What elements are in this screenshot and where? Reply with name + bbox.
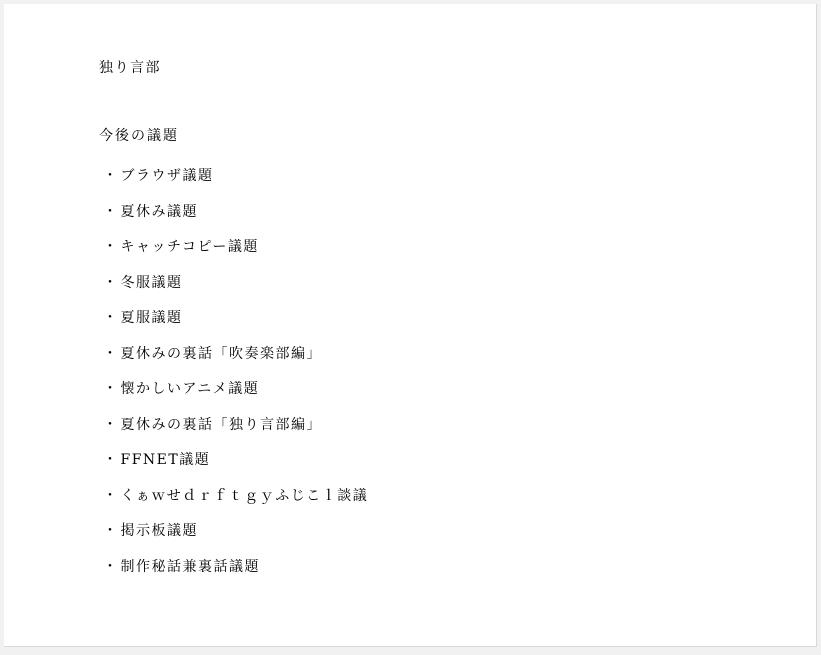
list-item: ・ブラウザ議題 [99, 169, 368, 183]
bullet-icon: ・ [103, 311, 119, 325]
list-item-label: 夏休みの裏話「独り言部編」 [121, 417, 323, 433]
bullet-icon: ・ [103, 382, 119, 396]
bullet-icon: ・ [103, 453, 119, 467]
bullet-icon: ・ [103, 169, 119, 183]
list-item-label: 懐かしいアニメ議題 [121, 381, 260, 397]
list-item: ・制作秘話兼裏話議題 [99, 560, 368, 574]
page-title: 独り言部 [99, 61, 368, 75]
list-item-label: ブラウザ議題 [121, 168, 214, 184]
list-item-label: 夏休みの裏話「吹奏楽部編」 [121, 346, 323, 362]
page-content: 独り言部 今後の議題 ・ブラウザ議題 ・夏休み議題 ・キャッチコピー議題 ・冬服… [99, 61, 368, 574]
bullet-icon: ・ [103, 240, 119, 254]
list-item-label: 夏服議題 [121, 310, 183, 326]
list-item: ・夏休み議題 [99, 205, 368, 219]
agenda-list: ・ブラウザ議題 ・夏休み議題 ・キャッチコピー議題 ・冬服議題 ・夏服議題 ・夏… [99, 169, 368, 574]
list-item: ・冬服議題 [99, 276, 368, 290]
document-page: 独り言部 今後の議題 ・ブラウザ議題 ・夏休み議題 ・キャッチコピー議題 ・冬服… [4, 4, 817, 647]
bullet-icon: ・ [103, 347, 119, 361]
list-item: ・夏休みの裏話「独り言部編」 [99, 418, 368, 432]
list-item: ・FFNET議題 [99, 453, 368, 467]
section-heading: 今後の議題 [99, 129, 368, 144]
list-item: ・夏休みの裏話「吹奏楽部編」 [99, 347, 368, 361]
list-item-label: FFNET議題 [121, 452, 211, 468]
list-item: ・キャッチコピー議題 [99, 240, 368, 254]
list-item: ・夏服議題 [99, 311, 368, 325]
list-item: ・懐かしいアニメ議題 [99, 382, 368, 396]
list-item-label: キャッチコピー議題 [121, 239, 259, 255]
bullet-icon: ・ [103, 418, 119, 432]
list-item-label: 冬服議題 [121, 275, 183, 291]
list-item: ・掲示板議題 [99, 524, 368, 538]
bullet-icon: ・ [103, 205, 119, 219]
bullet-icon: ・ [103, 276, 119, 290]
bullet-icon: ・ [103, 524, 119, 538]
list-item: ・くぁｗせｄｒｆｔｇｙふじこｌ談議 [99, 489, 368, 503]
list-item-label: くぁｗせｄｒｆｔｇｙふじこｌ談議 [121, 488, 369, 504]
list-item-label: 制作秘話兼裏話議題 [121, 559, 261, 575]
list-item-label: 掲示板議題 [121, 523, 199, 539]
list-item-label: 夏休み議題 [121, 204, 199, 220]
bullet-icon: ・ [103, 560, 119, 574]
bullet-icon: ・ [103, 489, 119, 503]
